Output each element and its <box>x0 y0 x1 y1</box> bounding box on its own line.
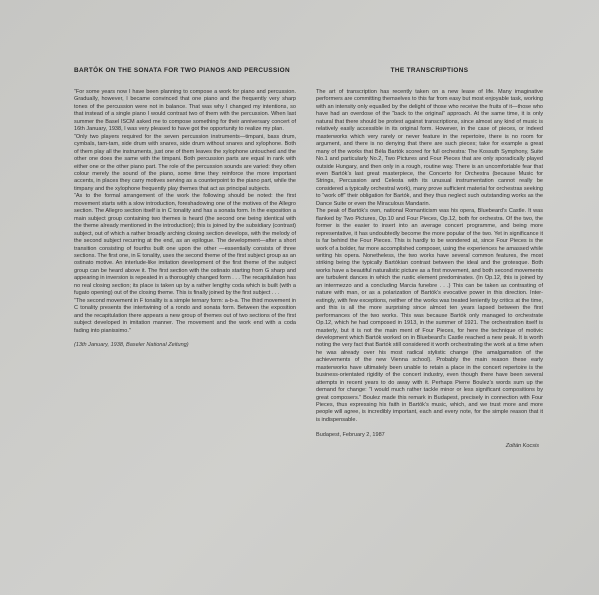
left-column: BARTÓK ON THE SONATA FOR TWO PIANOS AND … <box>74 67 296 349</box>
liner-notes-page: BARTÓK ON THE SONATA FOR TWO PIANOS AND … <box>0 0 599 595</box>
paragraph: “The second movement in F tonality is a … <box>74 298 296 335</box>
citation: (13th January, 1938, Baseler National Ze… <box>74 342 296 349</box>
paragraph: “For some years now I have been planning… <box>74 89 296 134</box>
dateline: Budapest, February 2, 1987 <box>316 432 543 439</box>
right-column-heading: THE TRANSCRIPTIONS <box>316 67 543 74</box>
paragraph: “Only two players required for the seven… <box>74 134 296 194</box>
paragraph: The art of transcription has recently ta… <box>316 89 543 208</box>
author-signature: Zoltán Kocsis <box>316 443 543 450</box>
paragraph: The peak of Bartók’s own, national Roman… <box>316 208 543 424</box>
paragraph: “As to the formal arrangement of the wor… <box>74 193 296 297</box>
right-column: THE TRANSCRIPTIONS The art of transcript… <box>316 67 543 450</box>
left-column-heading: BARTÓK ON THE SONATA FOR TWO PIANOS AND … <box>74 67 296 74</box>
